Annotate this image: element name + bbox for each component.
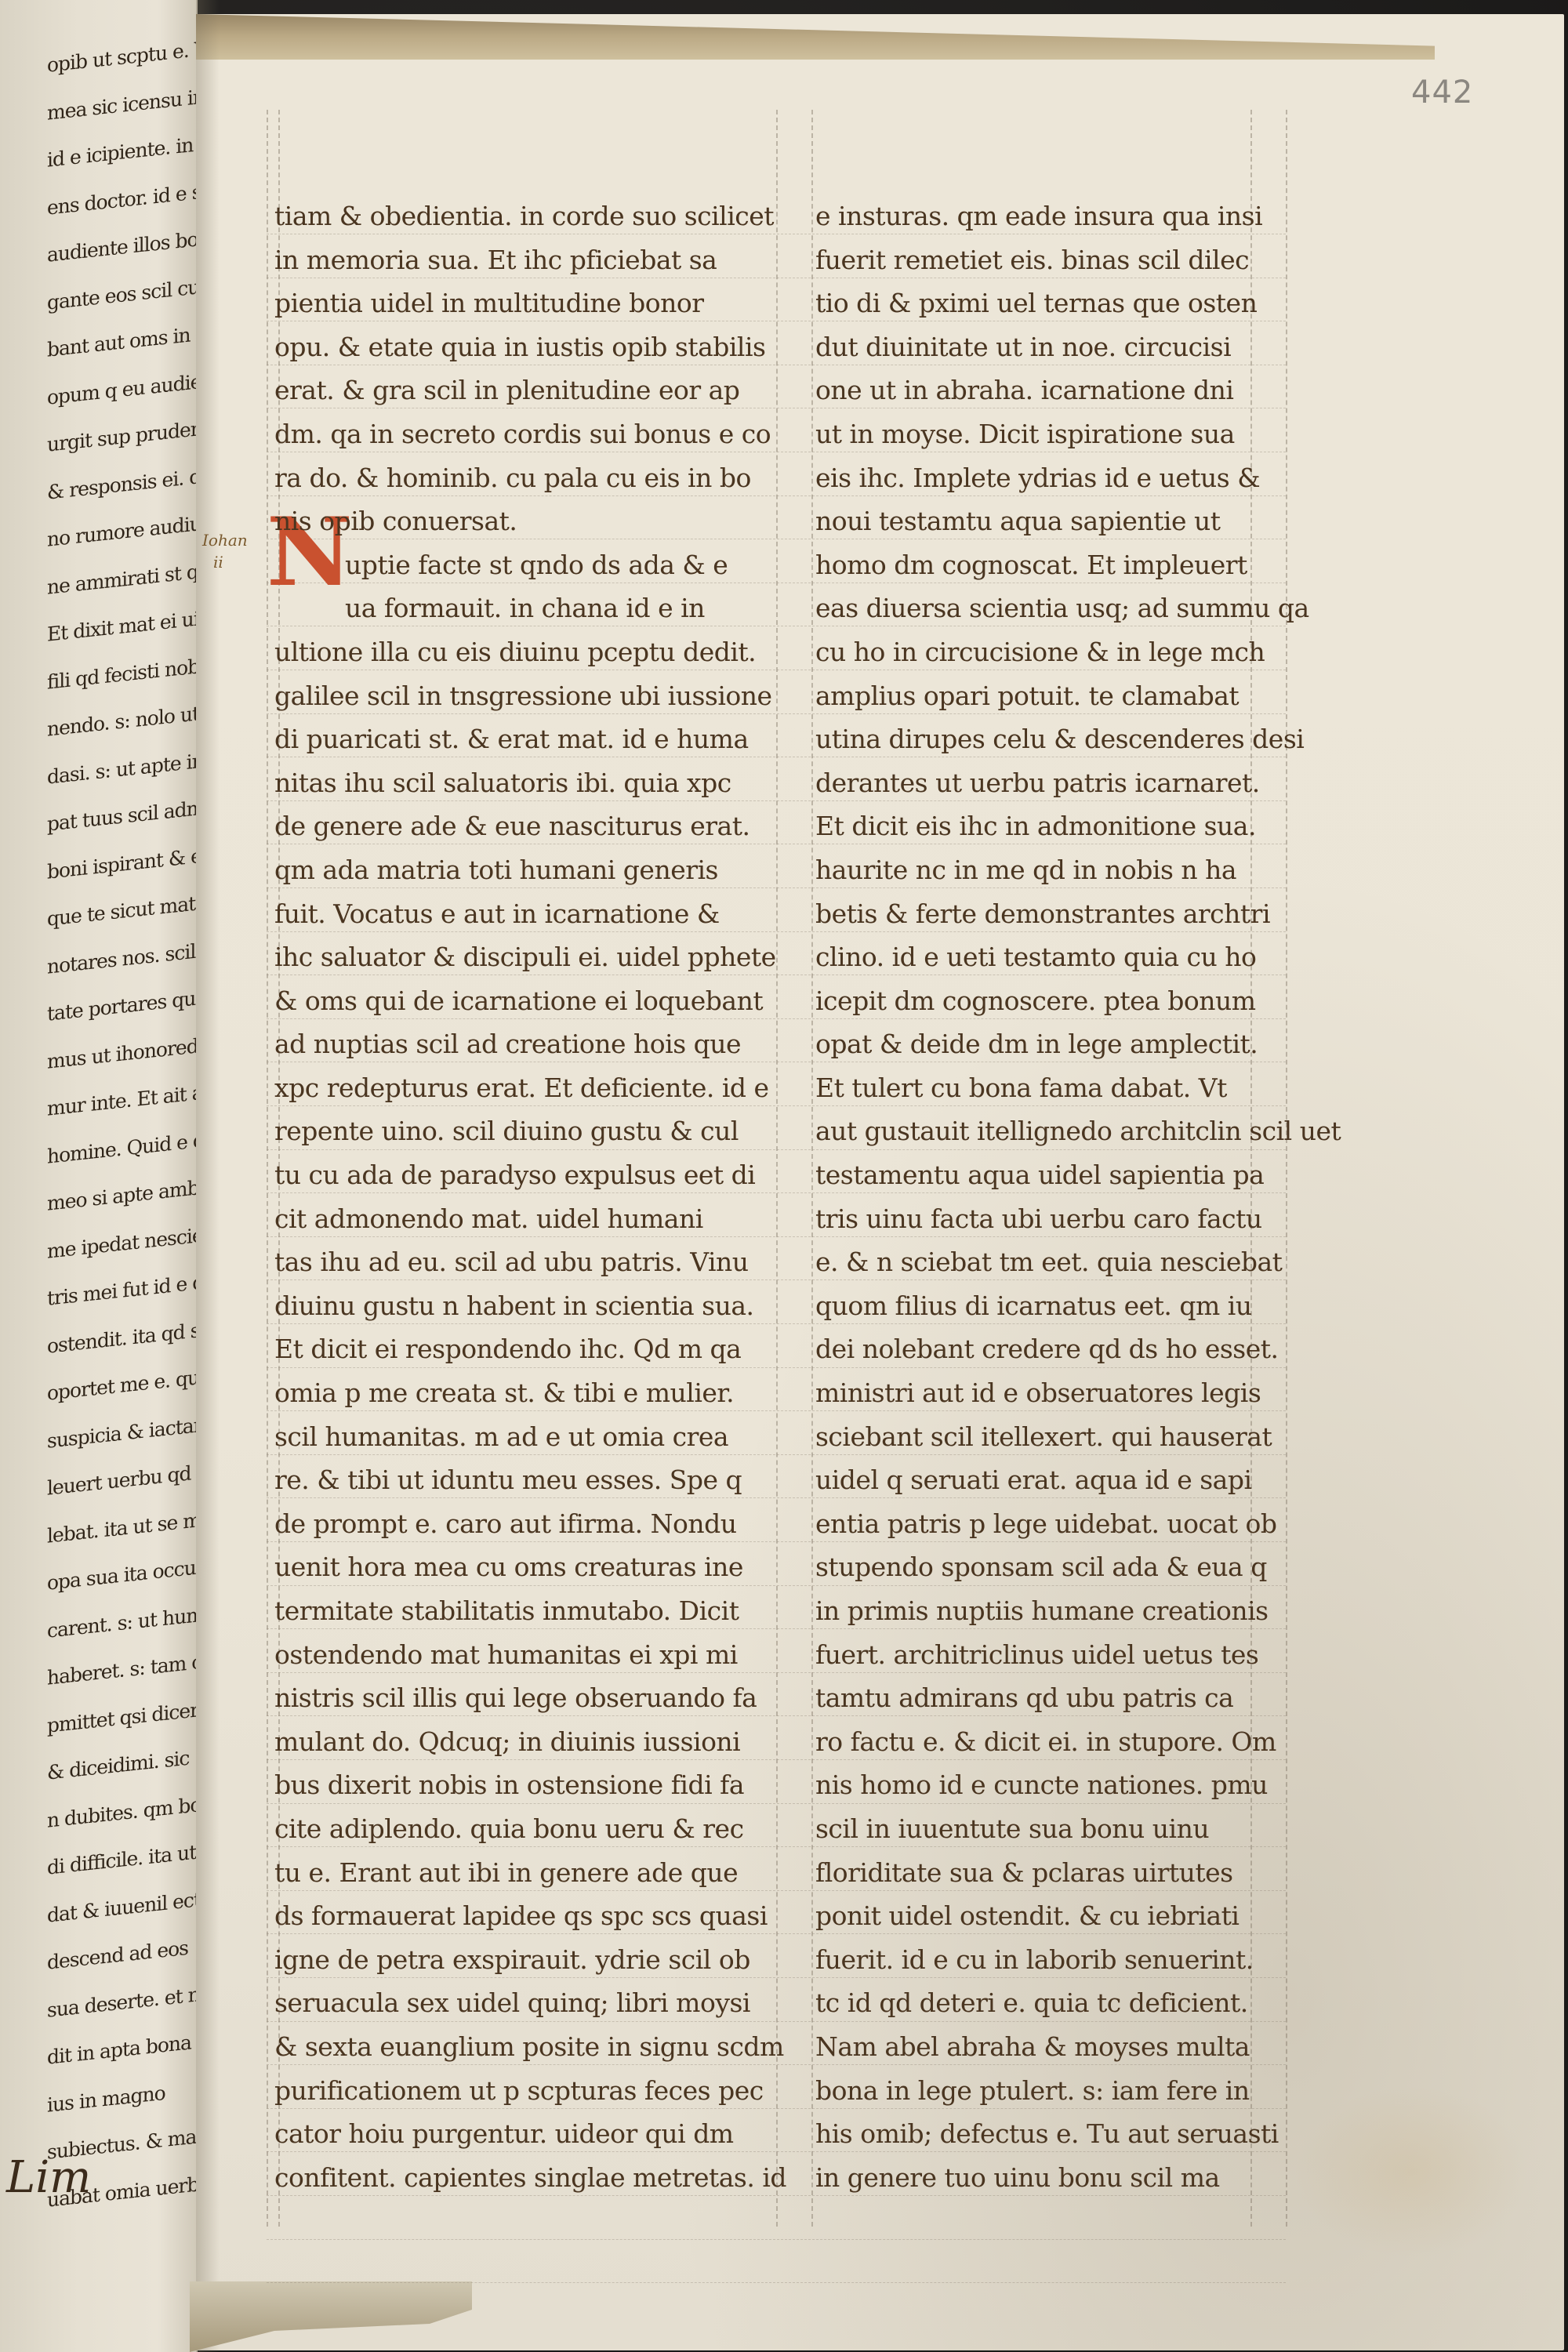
- text-line: e. & n sciebat tm eet. quia nesciebat: [815, 1240, 1317, 1284]
- text-line: scil in iuuentute sua bonu uinu: [815, 1807, 1317, 1851]
- text-line: Et tulert cu bona fama dabat. Vt: [815, 1066, 1317, 1110]
- text-line: xpc redepturus erat. Et deficiente. id e: [274, 1066, 776, 1110]
- text-line: tris uinu facta ubi uerbu caro factu: [815, 1197, 1317, 1241]
- ruling-line-col-a-right: [776, 110, 778, 2227]
- text-line: fuerit remetiet eis. binas scil dilec: [815, 238, 1317, 282]
- text-line: pientia uidel in multitudine bonor: [274, 281, 776, 325]
- text-line: eas diuersa scientia usq; ad summu qa: [815, 586, 1317, 630]
- text-line: uenit hora mea cu oms creaturas ine: [274, 1545, 776, 1589]
- text-line: Et dicit eis ihc in admonitione sua.: [815, 804, 1317, 848]
- text-line: clino. id e ueti testamto quia cu ho: [815, 935, 1317, 979]
- text-line: purificationem ut p scpturas feces pec: [274, 2069, 776, 2113]
- folio-number: 442: [1411, 74, 1473, 111]
- text-line: ua formauit. in chana id e in: [274, 586, 776, 630]
- text-line: tas ihu ad eu. scil ad ubu patris. Vinu: [274, 1240, 776, 1284]
- text-line: opat & deide dm in lege amplectit.: [815, 1022, 1317, 1066]
- text-line: Nam abel abraha & moyses multa: [815, 2025, 1317, 2069]
- text-line: nis homo id e cuncte nationes. pmu: [815, 1763, 1317, 1807]
- text-line: derantes ut uerbu patris icarnaret.: [815, 761, 1317, 805]
- text-line: ra do. & hominib. cu pala cu eis in bo: [274, 456, 776, 500]
- text-line: amplius opari potuit. te clamabat: [815, 674, 1317, 718]
- text-line: ut in moyse. Dicit ispiratione sua: [815, 412, 1317, 456]
- text-line: seruacula sex uidel quinq; libri moysi: [274, 1981, 776, 2025]
- text-line: in memoria sua. Et ihc pficiebat sa: [274, 238, 776, 282]
- text-line: entia patris p lege uidebat. uocat ob: [815, 1502, 1317, 1546]
- text-line: uptie facte st qndo ds ada & e: [274, 543, 776, 587]
- text-line: di puaricati st. & erat mat. id e huma: [274, 717, 776, 761]
- text-line: diuinu gustu n habent in scientia sua.: [274, 1284, 776, 1328]
- text-line: cator hoiu purgentur. uideor qui dm: [274, 2112, 776, 2156]
- text-line: uidel q seruati erat. aqua id e sapi: [815, 1458, 1317, 1502]
- text-line: ihc saluator & discipuli ei. uidel pphet…: [274, 935, 776, 979]
- text-line: re. & tibi ut iduntu meu esses. Spe q: [274, 1458, 776, 1502]
- text-line: tiam & obedientia. in corde suo scilicet: [274, 194, 776, 238]
- marginal-note-line-2: ii: [202, 551, 248, 573]
- text-line: opu. & etate quia in iustis opib stabili…: [274, 325, 776, 369]
- text-line: ostendendo mat humanitas ei xpi mi: [274, 1633, 776, 1677]
- text-line: mulant do. Qdcuq; in diuinis iussioni: [274, 1720, 776, 1764]
- text-line: tu e. Erant aut ibi in genere ade que: [274, 1851, 776, 1895]
- text-line: ultione illa cu eis diuinu pceptu dedit.: [274, 630, 776, 674]
- text-line: fuit. Vocatus e aut in icarnatione &: [274, 892, 776, 936]
- text-line: homo dm cognoscat. Et impleuert: [815, 543, 1317, 587]
- text-line: utina dirupes celu & descenderes desi: [815, 717, 1317, 761]
- text-line: in genere tuo uinu bonu scil ma: [815, 2156, 1317, 2200]
- text-line: nitas ihu scil saluatoris ibi. quia xpc: [274, 761, 776, 805]
- text-line: scil humanitas. m ad e ut omia crea: [274, 1415, 776, 1459]
- text-line: cu ho in circucisione & in lege mch: [815, 630, 1317, 674]
- text-line: termitate stabilitatis inmutabo. Dicit: [274, 1589, 776, 1633]
- text-column-left: tiam & obedientia. in corde suo scilicet…: [274, 194, 776, 2199]
- text-line: tc id qd deteri e. quia tc deficient.: [815, 1981, 1317, 2025]
- marginal-note: Iohan ii: [202, 529, 248, 573]
- ruling-line-left-margin: [267, 110, 268, 2227]
- text-line: de genere ade & eue nasciturus erat.: [274, 804, 776, 848]
- text-line: dei nolebant credere qd ds ho esset.: [815, 1327, 1317, 1371]
- text-line: Et dicit ei respondendo ihc. Qd m qa: [274, 1327, 776, 1371]
- text-line: repente uino. scil diuino gustu & cul: [274, 1109, 776, 1153]
- ruling-line: [267, 2282, 1286, 2283]
- gutter-shadow: [196, 0, 220, 2352]
- text-line: qm ada matria toti humani generis: [274, 848, 776, 892]
- text-line: stupendo sponsam scil ada & eua q: [815, 1545, 1317, 1589]
- text-line: cit admonendo mat. uidel humani: [274, 1197, 776, 1241]
- text-line: eis ihc. Implete ydrias id e uetus &: [815, 456, 1317, 500]
- text-line: ro factu e. & dicit ei. in stupore. Om: [815, 1720, 1317, 1764]
- bottom-marginal-mark: Lim: [6, 2152, 91, 2203]
- text-line: dm. qa in secreto cordis sui bonus e co: [274, 412, 776, 456]
- text-line: confitent. capientes singlae metretas. i…: [274, 2156, 776, 2200]
- ruling-line: [267, 2239, 1286, 2240]
- text-line: ponit uidel ostendit. & cu iebriati: [815, 1894, 1317, 1938]
- text-line: & sexta euanglium posite in signu scdm: [274, 2025, 776, 2069]
- text-line: one ut in abraha. icarnatione dni: [815, 368, 1317, 412]
- text-line: haurite nc in me qd in nobis n ha: [815, 848, 1317, 892]
- text-line: erat. & gra scil in plenitudine eor ap: [274, 368, 776, 412]
- text-line: ministri aut id e obseruatores legis: [815, 1371, 1317, 1415]
- text-line: igne de petra exspirauit. ydrie scil ob: [274, 1938, 776, 1982]
- text-line: galilee scil in tnsgressione ubi iussion…: [274, 674, 776, 718]
- text-line: tamtu admirans qd ubu patris ca: [815, 1676, 1317, 1720]
- text-line: bona in lege ptulert. s: iam fere in: [815, 2069, 1317, 2113]
- text-line: bus dixerit nobis in ostensione fidi fa: [274, 1763, 776, 1807]
- text-line: fuert. architriclinus uidel uetus tes: [815, 1633, 1317, 1677]
- text-line: cite adiplendo. quia bonu ueru & rec: [274, 1807, 776, 1851]
- text-line: tio di & pximi uel ternas que osten: [815, 281, 1317, 325]
- text-line: in primis nuptiis humane creationis: [815, 1589, 1317, 1633]
- text-line: dut diuinitate ut in noe. circucisi: [815, 325, 1317, 369]
- parchment-stain: [1294, 2085, 1529, 2258]
- text-column-right: e insturas. qm eade insura qua insifueri…: [815, 194, 1317, 2199]
- text-line: ds formauerat lapidee qs spc scs quasi: [274, 1894, 776, 1938]
- text-line: aut gustauit itellignedo architclin scil…: [815, 1109, 1317, 1153]
- text-line: de prompt e. caro aut ifirma. Nondu: [274, 1502, 776, 1546]
- text-line: icepit dm cognoscere. ptea bonum: [815, 979, 1317, 1023]
- text-line: omia p me creata st. & tibi e mulier.: [274, 1371, 776, 1415]
- text-line: sciebant scil itellexert. qui hauserat: [815, 1415, 1317, 1459]
- text-line: his omib; defectus e. Tu aut seruasti: [815, 2112, 1317, 2156]
- text-line: quom filius di icarnatus eet. qm iu: [815, 1284, 1317, 1328]
- marginal-note-line-1: Iohan: [202, 529, 248, 551]
- ruling-line-col-b-left: [811, 110, 813, 2227]
- facing-page-text: opib ut scptu e. Virgitmea sic icensu in…: [0, 47, 198, 2229]
- text-line: betis & ferte demonstrantes archtri: [815, 892, 1317, 936]
- text-line: floriditate sua & pclaras uirtutes: [815, 1851, 1317, 1895]
- text-line: testamentu aqua uidel sapientia pa: [815, 1153, 1317, 1197]
- text-line: fuerit. id e cu in laborib senuerint.: [815, 1938, 1317, 1982]
- text-line: noui testamtu aqua sapientie ut: [815, 499, 1317, 543]
- text-line: nistris scil illis qui lege obseruando f…: [274, 1676, 776, 1720]
- text-line: e insturas. qm eade insura qua insi: [815, 194, 1317, 238]
- text-line: & oms qui de icarnatione ei loquebant: [274, 979, 776, 1023]
- text-line: ad nuptias scil ad creatione hois que: [274, 1022, 776, 1066]
- text-line: tu cu ada de paradyso expulsus eet di: [274, 1153, 776, 1197]
- facing-page-left: opib ut scptu e. Virgitmea sic icensu in…: [0, 0, 198, 2352]
- text-line: nis opib conuersat.: [274, 499, 776, 543]
